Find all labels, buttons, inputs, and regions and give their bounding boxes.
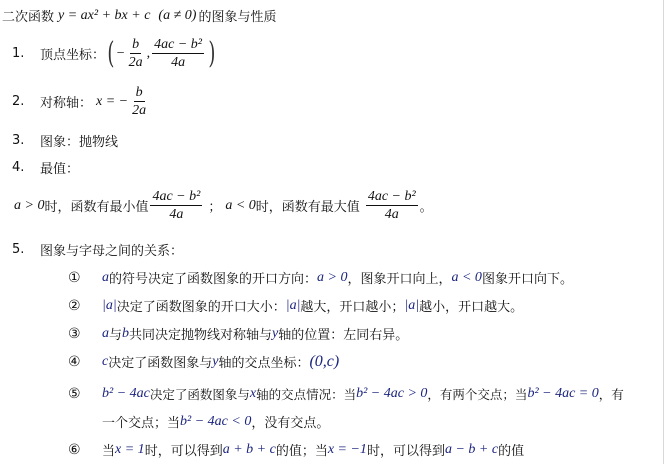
text: 与 (109, 324, 122, 343)
item-relations: 5. 图象与字母之间的关系： (12, 240, 183, 259)
axis-lhs: x = − (96, 94, 128, 110)
circled-number: ⑥ (68, 442, 102, 458)
item-number: 4. (12, 160, 40, 175)
math: |a| (404, 298, 419, 314)
text: ，图象开口向上， (347, 268, 451, 287)
math: x = −1 (328, 442, 367, 458)
circled-number: ① (68, 270, 102, 286)
fraction: 4ac − b²4a (150, 188, 202, 223)
item-number: 2. (12, 94, 40, 109)
text: 时，函数有最大值 (256, 196, 360, 215)
text: 一个交点；当 (102, 412, 180, 431)
item-axis: 2. 对称轴： x = − b2a (12, 84, 150, 119)
item-number: 1. (12, 46, 40, 61)
text: 的值 (498, 440, 524, 459)
text: 越大，开口越小； (300, 296, 404, 315)
math: |a| (286, 298, 301, 314)
math: x = 1 (115, 442, 145, 458)
item-graph: 3. 图象：抛物线 (12, 131, 118, 150)
condition-a-negative: a < 0 (225, 198, 255, 214)
text: 决定了函数图象与 (108, 352, 212, 371)
text: 时，可以得到 (145, 440, 223, 459)
math: b² − 4ac = 0 (527, 386, 598, 402)
math: a (102, 270, 109, 286)
math: a (102, 326, 109, 342)
title-prefix: 二次函数 (2, 6, 54, 25)
math: a < 0 (451, 270, 481, 286)
item-label: 最值： (40, 158, 79, 177)
text: 轴的交点坐标： (218, 352, 309, 371)
fraction: 4ac − b²4a (152, 36, 204, 71)
left-paren: ( (107, 36, 114, 71)
math: b (122, 326, 129, 342)
fraction: b2a (127, 36, 145, 71)
item-number: 3. (12, 133, 40, 148)
relation-5: ⑤ b² − 4ac 决定了函数图象与 x 轴的交点情况：当 b² − 4ac … (68, 385, 624, 403)
math: a − b + c (445, 442, 498, 458)
math: a > 0 (317, 270, 347, 286)
relation-4: ④ c 决定了函数图象与 y 轴的交点坐标： (0,c) (68, 352, 339, 371)
text: 图象开口向下。 (482, 268, 573, 287)
circled-number: ② (68, 298, 102, 314)
relation-5-cont: 一个交点；当 b² − 4ac < 0 ，没有交点。 (102, 412, 329, 431)
page-edge-divider (663, 0, 664, 464)
title-formula: y = ax² + bx + c (58, 8, 150, 24)
item-vertex: 1. 顶点坐标： ( − b2a , 4ac − b²4a ) (12, 36, 218, 71)
fraction: 4ac − b²4a (366, 188, 418, 223)
text: 时，函数有最小值 (44, 196, 148, 215)
text: ，没有交点。 (251, 412, 329, 431)
circled-number: ③ (68, 326, 102, 342)
item-label: 对称轴： (40, 92, 92, 111)
extrema-statement: a > 0 时，函数有最小值 4ac − b²4a ； a < 0 时，函数有最… (14, 188, 433, 223)
relation-1: ① a 的符号决定了函数图象的开口方向： a > 0 ，图象开口向上， a < … (68, 268, 573, 287)
text: 轴的交点情况：当 (256, 385, 356, 403)
item-label: 顶点坐标： (40, 44, 105, 63)
relation-6: ⑥ 当 x = 1 时，可以得到 a + b + c 的值；当 x = −1 时… (68, 440, 524, 459)
math: b² − 4ac < 0 (180, 414, 251, 430)
text: 的值；当 (276, 440, 328, 459)
relation-3: ③ a 与 b 共同决定抛物线对称轴与 y 轴的位置：左同右异。 (68, 324, 408, 343)
title-condition: (a ≠ 0) (158, 8, 196, 24)
math: (0,c) (309, 353, 339, 371)
text: 的符号决定了函数图象的开口方向： (109, 268, 317, 287)
item-label: 图象与字母之间的关系： (40, 240, 183, 259)
circled-number: ⑤ (68, 386, 102, 402)
math: b² − 4ac (102, 386, 150, 402)
item-extrema: 4. 最值： (12, 158, 79, 177)
right-paren: ) (208, 36, 215, 71)
text: 时，可以得到 (367, 440, 445, 459)
text: 共同决定抛物线对称轴与 (129, 324, 272, 343)
fraction: b2a (130, 84, 148, 119)
text: 当 (102, 440, 115, 459)
math: b² − 4ac > 0 (356, 386, 427, 402)
math: a + b + c (223, 442, 276, 458)
document-title: 二次函数 y = ax² + bx + c (a ≠ 0) 的图象与性质 (2, 6, 276, 25)
separator: ； (208, 196, 221, 215)
text: ，有两个交点；当 (427, 385, 527, 403)
title-suffix: 的图象与性质 (198, 6, 276, 25)
text: 轴的位置：左同右异。 (278, 324, 408, 343)
text: 越小，开口越大。 (419, 296, 523, 315)
relation-2: ② |a| 决定了函数图象的开口大小： |a| 越大，开口越小； |a| 越小，… (68, 296, 523, 315)
circled-number: ④ (68, 354, 102, 370)
period: 。 (420, 196, 433, 215)
item-number: 5. (12, 242, 40, 257)
math: |a| (102, 298, 117, 314)
text: ，有 (599, 385, 624, 403)
condition-a-positive: a > 0 (14, 198, 44, 214)
text: 决定了函数图象与 (150, 385, 250, 403)
text: 决定了函数图象的开口大小： (117, 296, 286, 315)
item-label: 图象：抛物线 (40, 131, 118, 150)
